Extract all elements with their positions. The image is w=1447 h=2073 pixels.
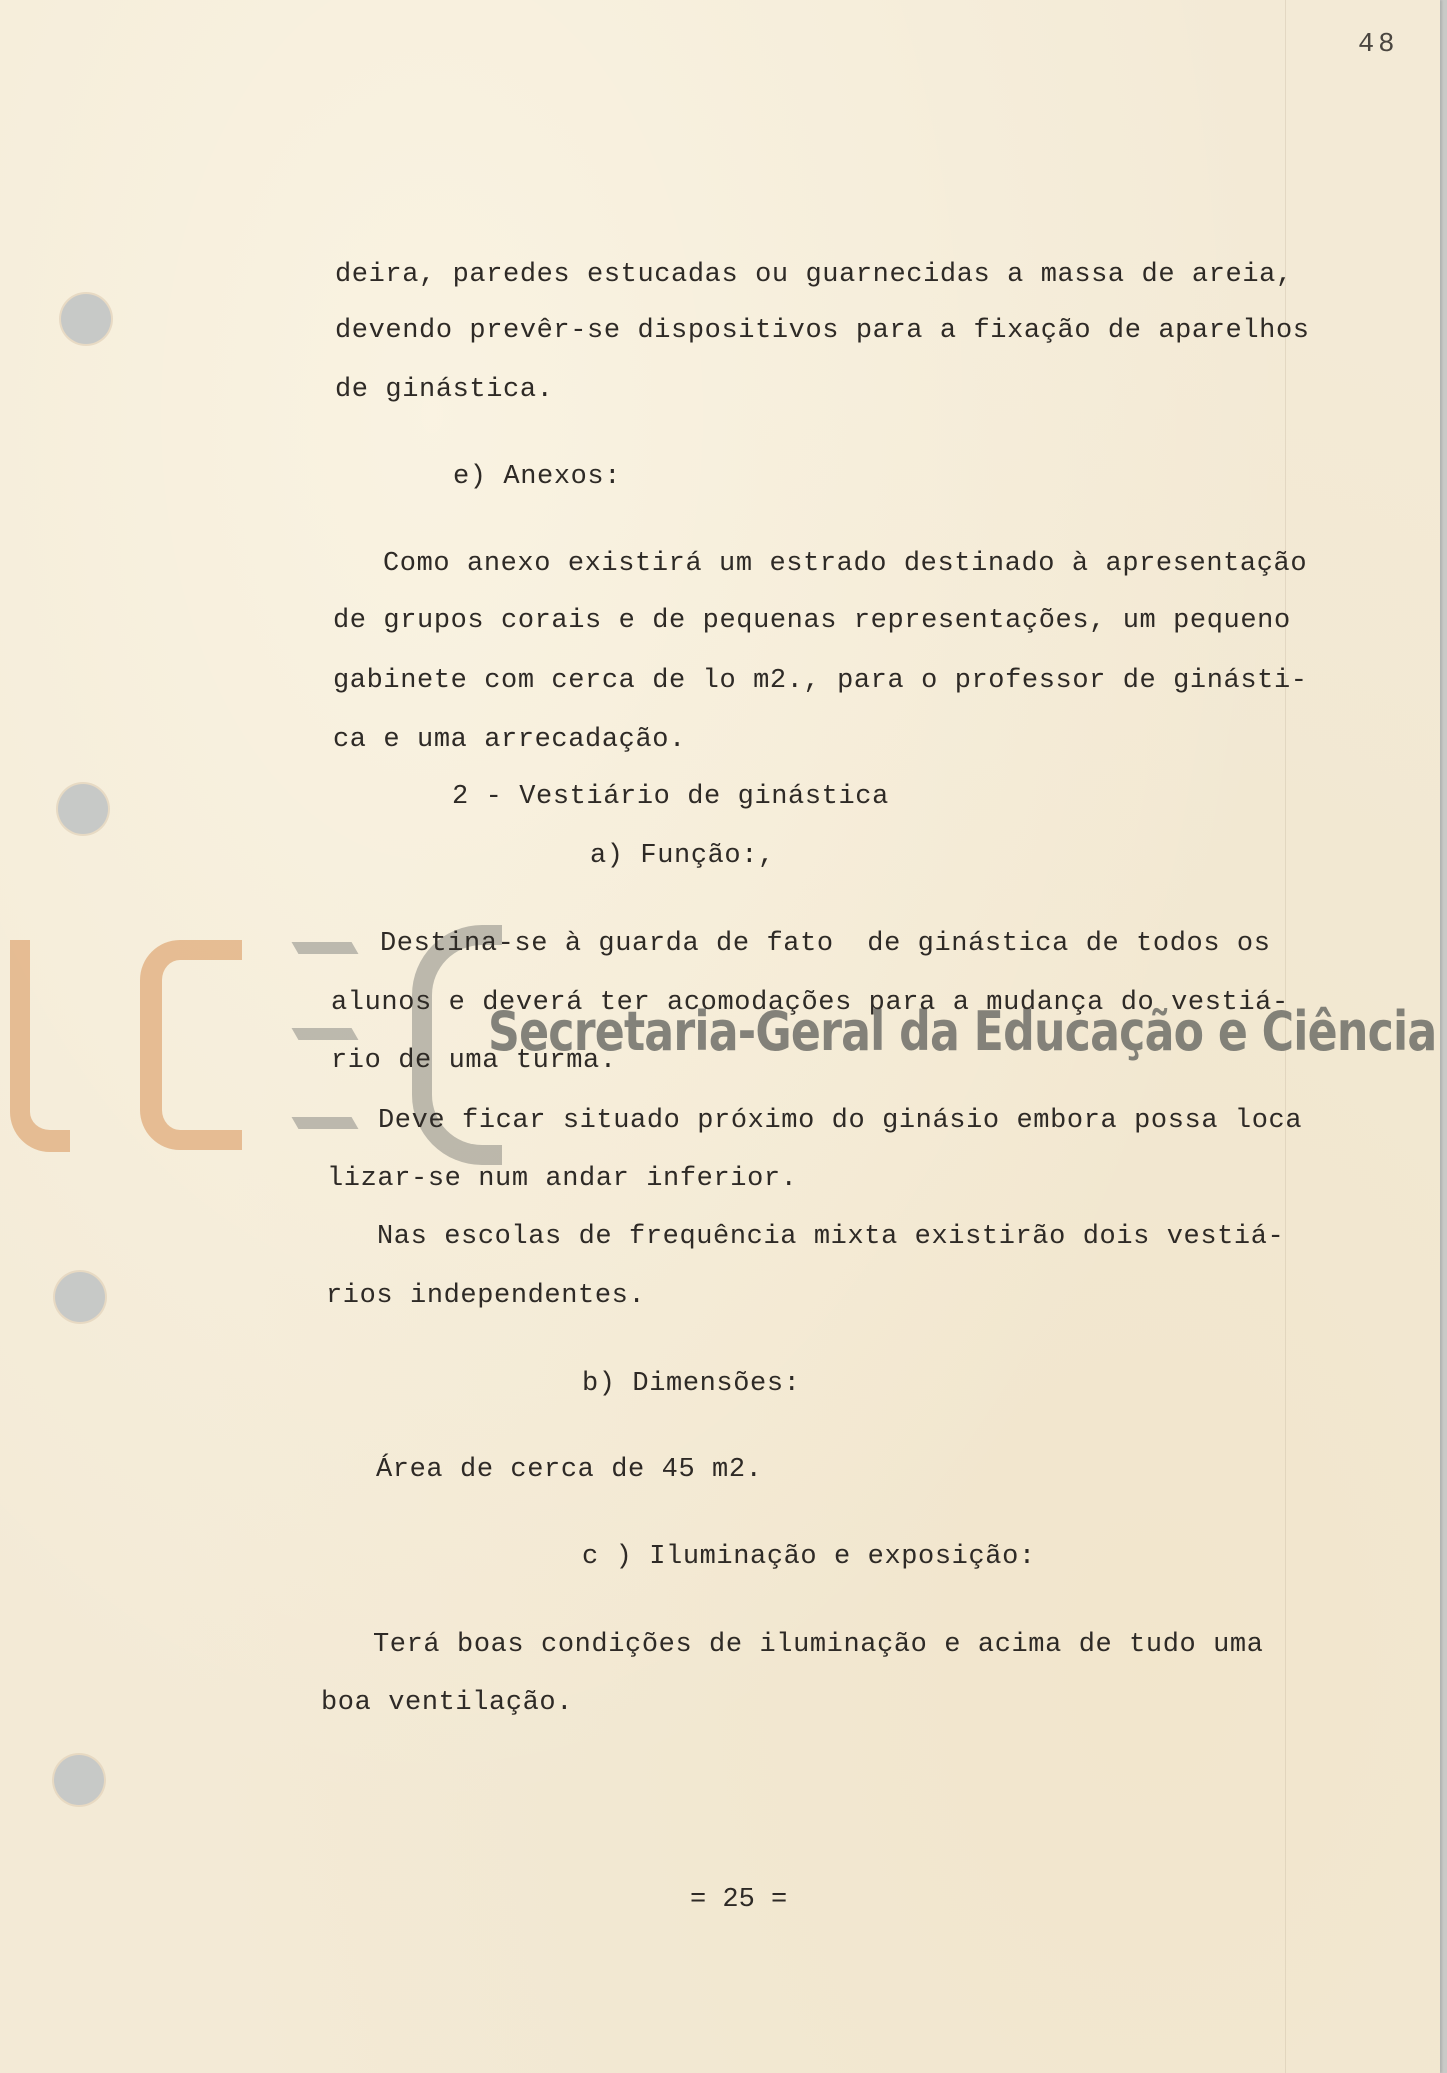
watermark-orange-s-shape (10, 940, 70, 1152)
page-number-footer: = 25 = (690, 1885, 787, 1915)
text-line: de grupos corais e de pequenas represent… (333, 608, 1291, 635)
text-line: lizar-se num andar inferior. (327, 1166, 797, 1193)
page-mark: 48 (1358, 30, 1398, 60)
watermark-bar-mid (292, 1028, 359, 1040)
watermark-bar-top (292, 942, 359, 954)
text-line: Nas escolas de frequência mixta existirã… (377, 1224, 1284, 1251)
text-line: ca e uma arrecadação. (333, 727, 686, 754)
document-page: 48 Secretaria-Geral da Educação e Ciênci… (0, 0, 1440, 2073)
text-line: devendo prevêr-se dispositivos para a fi… (335, 318, 1310, 345)
section-heading: c ) Iluminação e exposição: (582, 1544, 1036, 1571)
punch-hole-4 (54, 1755, 104, 1805)
text-line: boa ventilação. (321, 1690, 573, 1717)
section-heading: b) Dimensões: (582, 1371, 800, 1398)
text-line: Terá boas condições de iluminação e acim… (373, 1632, 1264, 1659)
text-line: rio de uma turma. (331, 1048, 617, 1075)
punch-hole-2 (58, 784, 108, 834)
text-line: Área de cerca de 45 m2. (376, 1457, 762, 1484)
text-line: de ginástica. (335, 377, 553, 404)
text-line: Deve ficar situado próximo do ginásio em… (378, 1108, 1302, 1135)
text-line: deira, paredes estucadas ou guarnecidas … (335, 262, 1293, 289)
section-heading: e) Anexos: (453, 464, 621, 491)
punch-hole-3 (55, 1272, 105, 1322)
section-heading: a) Função:, (590, 843, 775, 870)
text-line: alunos e deverá ter acomodações para a m… (331, 990, 1289, 1017)
watermark-bar-bottom (292, 1117, 359, 1129)
text-line: Destina-se à guarda de fato de ginástica… (380, 931, 1271, 958)
section-title: 2 - Vestiário de ginástica (452, 784, 889, 811)
punch-hole-1 (61, 294, 111, 344)
watermark-orange-g-shape (140, 940, 242, 1150)
text-line: Como anexo existirá um estrado destinado… (383, 551, 1307, 578)
text-line: gabinete com cerca de lo m2., para o pro… (333, 668, 1308, 695)
text-line: rios independentes. (326, 1283, 645, 1310)
